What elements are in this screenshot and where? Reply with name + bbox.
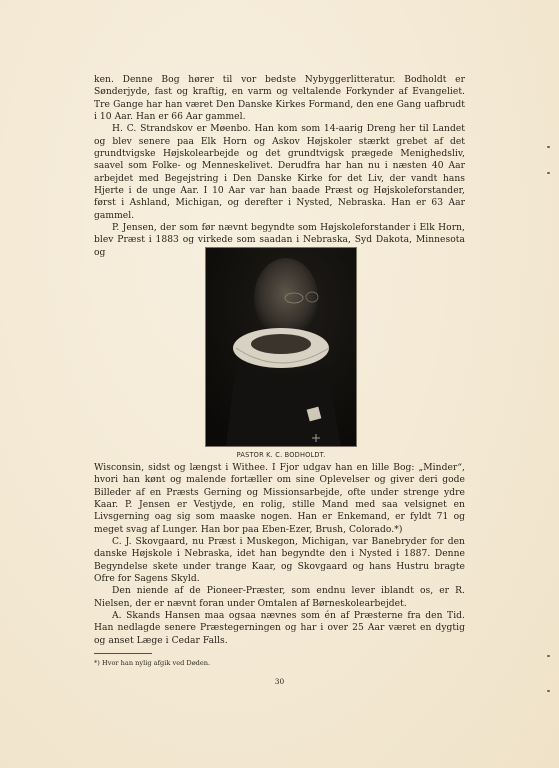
paragraph-nielsen: Den niende af de Pioneer-Præster, som en… — [94, 585, 465, 610]
paragraph-bodholdt: ken. Denne Bog hører til vor bedste Nyby… — [94, 74, 465, 123]
bottom-text-block: Wisconsin, sidst og længst i Withee. I F… — [94, 462, 465, 647]
portrait-illustration — [206, 248, 356, 446]
portrait-photo — [205, 247, 357, 447]
top-text-block: ken. Denne Bog hører til vor bedste Nyby… — [94, 74, 465, 259]
photo-caption: PASTOR K. C. BODHOLDT. — [205, 451, 357, 459]
footnote-divider — [94, 653, 152, 654]
scan-speck — [547, 655, 550, 657]
scan-speck — [547, 690, 550, 692]
footnote: *) Hvor han nylig afgik ved Døden. — [94, 659, 465, 667]
scan-speck — [547, 172, 550, 174]
paragraph-skands-hansen: A. Skands Hansen maa ogsaa nævnes som én… — [94, 610, 465, 647]
paragraph-skovgaard: C. J. Skovgaard, nu Præst i Muskegon, Mi… — [94, 536, 465, 585]
scan-speck — [547, 146, 550, 148]
paragraph-jensen-continued: Wisconsin, sidst og længst i Withee. I F… — [94, 462, 465, 536]
paragraph-strandskov: H. C. Strandskov er Møenbo. Han kom som … — [94, 123, 465, 222]
page-number: 30 — [0, 677, 559, 686]
scanned-book-page: ken. Denne Bog hører til vor bedste Nyby… — [0, 0, 559, 768]
